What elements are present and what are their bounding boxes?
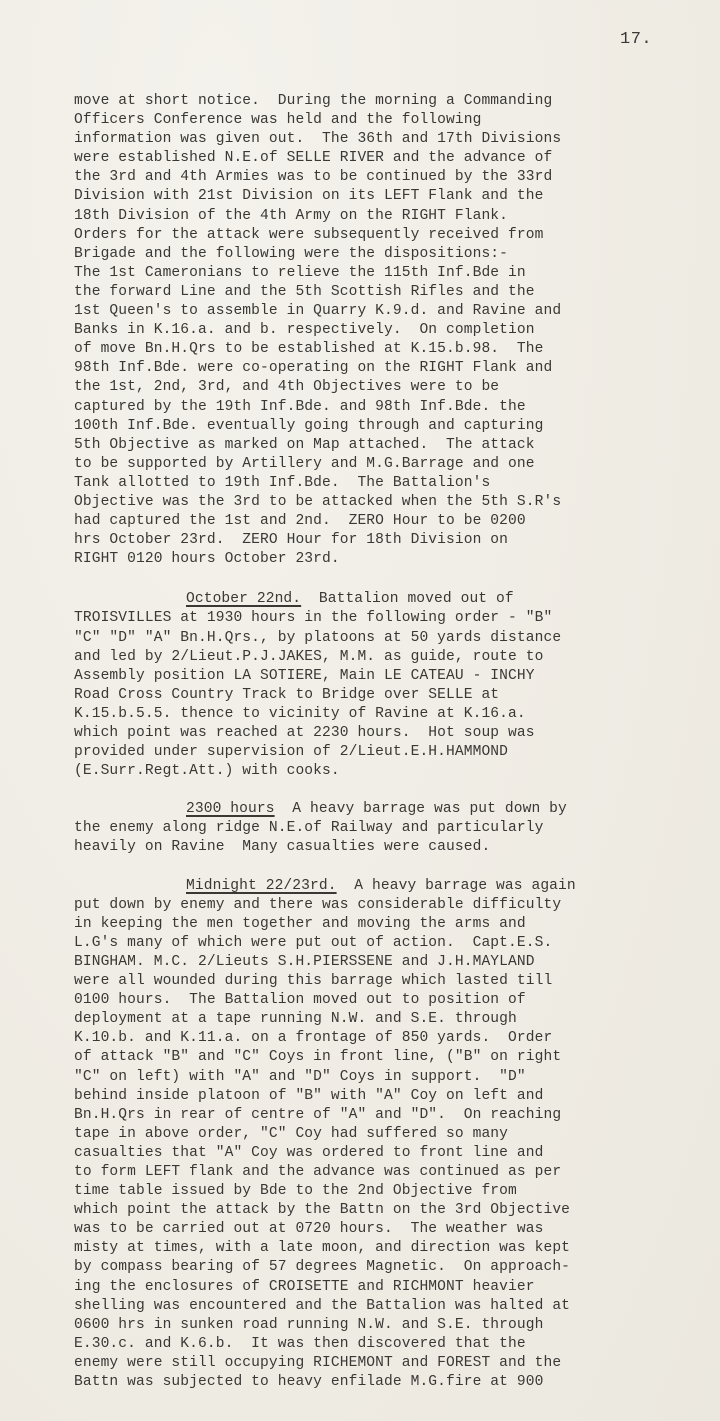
text-line: deployment at a tape running N.W. and S.… — [74, 1010, 720, 1029]
text-line: 5th Objective as marked on Map attached.… — [74, 436, 720, 455]
text-line: the forward Line and the 5th Scottish Ri… — [74, 283, 720, 302]
text-line: Officers Conference was held and the fol… — [74, 111, 720, 130]
text-line: move at short notice. During the morning… — [74, 92, 720, 111]
text-line: had captured the 1st and 2nd. ZERO Hour … — [74, 512, 720, 531]
text-line: Division with 21st Division on its LEFT … — [74, 187, 720, 206]
text-line: Road Cross Country Track to Bridge over … — [74, 686, 720, 705]
text-line: 0100 hours. The Battalion moved out to p… — [74, 991, 720, 1010]
text-line: Bn.H.Qrs in rear of centre of "A" and "D… — [74, 1106, 720, 1125]
text-line: Assembly position LA SOTIERE, Main LE CA… — [74, 667, 720, 686]
heading-trailing-text: A heavy barrage was again — [337, 878, 576, 894]
text-line: provided under supervision of 2/Lieut.E.… — [74, 743, 720, 762]
text-line: the enemy along ridge N.E.of Railway and… — [74, 819, 720, 838]
text-line: Orders for the attack were subsequently … — [74, 226, 720, 245]
text-line: heavily on Ravine Many casualties were c… — [74, 838, 720, 857]
text-line: were established N.E.of SELLE RIVER and … — [74, 149, 720, 168]
text-line: shelling was encountered and the Battali… — [74, 1297, 720, 1316]
text-line: Banks in K.16.a. and b. respectively. On… — [74, 321, 720, 340]
text-line: which point the attack by the Battn on t… — [74, 1201, 720, 1220]
text-line: in keeping the men together and moving t… — [74, 915, 720, 934]
text-line: tape in above order, "C" Coy had suffere… — [74, 1125, 720, 1144]
text-line: put down by enemy and there was consider… — [74, 896, 720, 915]
text-line: 18th Division of the 4th Army on the RIG… — [74, 207, 720, 226]
text-line: TROISVILLES at 1930 hours in the followi… — [74, 609, 720, 628]
text-line: casualties that "A" Coy was ordered to f… — [74, 1144, 720, 1163]
text-line: RIGHT 0120 hours October 23rd. — [74, 550, 720, 569]
text-line: information was given out. The 36th and … — [74, 130, 720, 149]
document-body: move at short notice. During the morning… — [74, 92, 720, 1411]
section-heading: Midnight 22/23rd. — [186, 878, 337, 894]
text-line: hrs October 23rd. ZERO Hour for 18th Div… — [74, 531, 720, 550]
text-line: ing the enclosures of CROISETTE and RICH… — [74, 1278, 720, 1297]
text-line: E.30.c. and K.6.b. It was then discovere… — [74, 1335, 720, 1354]
text-line: "C" on left) with "A" and "D" Coys in su… — [74, 1068, 720, 1087]
text-line: to be supported by Artillery and M.G.Bar… — [74, 455, 720, 474]
text-line: captured by the 19th Inf.Bde. and 98th I… — [74, 398, 720, 417]
document-page: 17. move at short notice. During the mor… — [0, 0, 720, 1421]
text-line: "C" "D" "A" Bn.H.Qrs., by platoons at 50… — [74, 629, 720, 648]
section-heading: 2300 hours — [186, 801, 275, 817]
text-line: K.15.b.5.5. thence to vicinity of Ravine… — [74, 705, 720, 724]
text-line: behind inside platoon of "B" with "A" Co… — [74, 1087, 720, 1106]
text-line: BINGHAM. M.C. 2/Lieuts S.H.PIERSSENE and… — [74, 953, 720, 972]
text-line: of move Bn.H.Qrs to be established at K.… — [74, 340, 720, 359]
text-line: Brigade and the following were the dispo… — [74, 245, 720, 264]
paragraph-october-22nd: October 22nd. Battalion moved out ofTROI… — [74, 590, 720, 781]
section-heading: October 22nd. — [186, 591, 301, 607]
text-line: time table issued by Bde to the 2nd Obje… — [74, 1182, 720, 1201]
text-line: was to be carried out at 0720 hours. The… — [74, 1220, 720, 1239]
text-line: of attack "B" and "C" Coys in front line… — [74, 1048, 720, 1067]
paragraph-first-line: 2300 hours A heavy barrage was put down … — [74, 800, 720, 819]
text-line: 1st Queen's to assemble in Quarry K.9.d.… — [74, 302, 720, 321]
text-line: and led by 2/Lieut.P.J.JAKES, M.M. as gu… — [74, 648, 720, 667]
paragraph-first-line: Midnight 22/23rd. A heavy barrage was ag… — [74, 877, 720, 896]
text-line: by compass bearing of 57 degrees Magneti… — [74, 1258, 720, 1277]
text-line: 98th Inf.Bde. were co-operating on the R… — [74, 359, 720, 378]
text-line: Tank allotted to 19th Inf.Bde. The Batta… — [74, 474, 720, 493]
page-number: 17. — [620, 30, 652, 49]
text-line: the 3rd and 4th Armies was to be continu… — [74, 168, 720, 187]
heading-trailing-text: Battalion moved out of — [301, 591, 514, 607]
text-line: 100th Inf.Bde. eventually going through … — [74, 417, 720, 436]
heading-trailing-text: A heavy barrage was put down by — [275, 801, 567, 817]
text-line: misty at times, with a late moon, and di… — [74, 1239, 720, 1258]
paragraph-2300-hours: 2300 hours A heavy barrage was put down … — [74, 800, 720, 857]
paragraph-conference: move at short notice. During the morning… — [74, 92, 720, 569]
text-line: the 1st, 2nd, 3rd, and 4th Objectives we… — [74, 378, 720, 397]
text-line: Battn was subjected to heavy enfilade M.… — [74, 1373, 720, 1392]
text-line: 0600 hrs in sunken road running N.W. and… — [74, 1316, 720, 1335]
text-line: Objective was the 3rd to be attacked whe… — [74, 493, 720, 512]
text-line: L.G's many of which were put out of acti… — [74, 934, 720, 953]
paragraph-midnight-22-23rd: Midnight 22/23rd. A heavy barrage was ag… — [74, 877, 720, 1393]
text-line: The 1st Cameronians to relieve the 115th… — [74, 264, 720, 283]
paragraph-first-line: October 22nd. Battalion moved out of — [74, 590, 720, 609]
text-line: K.10.b. and K.11.a. on a frontage of 850… — [74, 1029, 720, 1048]
text-line: (E.Surr.Regt.Att.) with cooks. — [74, 762, 720, 781]
text-line: to form LEFT flank and the advance was c… — [74, 1163, 720, 1182]
text-line: enemy were still occupying RICHEMONT and… — [74, 1354, 720, 1373]
text-line: which point was reached at 2230 hours. H… — [74, 724, 720, 743]
text-line: were all wounded during this barrage whi… — [74, 972, 720, 991]
